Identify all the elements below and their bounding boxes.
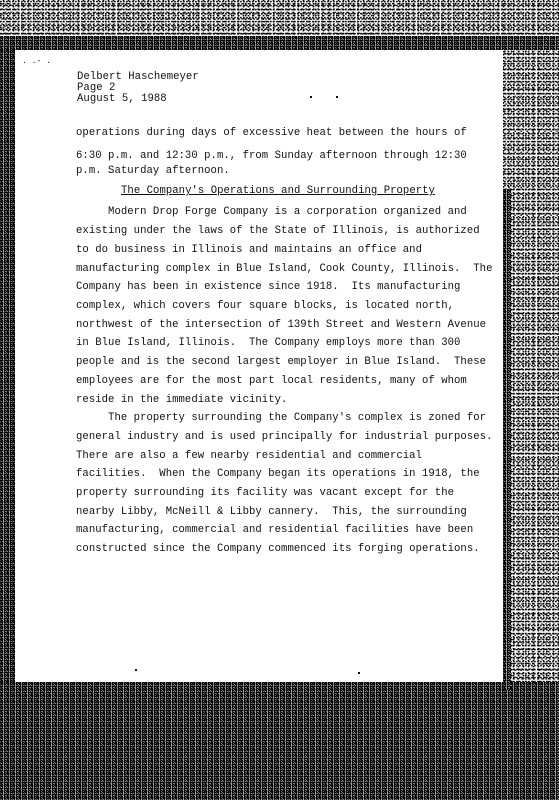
paragraph-line: facilities. When the Company began its o… (76, 468, 480, 480)
paragraph-line: northwest of the intersection of 139th S… (76, 319, 486, 331)
paragraph-line: in Blue Island, Illinois. The Company em… (76, 337, 460, 349)
body-line: 6:30 p.m. and 12:30 p.m., from Sunday af… (76, 150, 467, 162)
scan-bottom-noise (0, 682, 559, 800)
scan-left-noise (0, 50, 15, 682)
body-line: p.m. Saturday afternoon. (76, 165, 230, 177)
stray-mark (135, 669, 137, 671)
paragraph-line: complex, which covers four square blocks… (76, 300, 454, 312)
scan-top-dark-band (0, 36, 559, 50)
body-line: operations during days of excessive heat… (76, 127, 467, 139)
letter-date: August 5, 1988 (77, 93, 167, 105)
paragraph-line: reside in the immediate vicinity. (76, 394, 287, 406)
paragraph-line: to do business in Illinois and maintains… (76, 244, 422, 256)
stray-mark (358, 672, 360, 674)
paragraph-line: general industry and is used principally… (76, 431, 492, 443)
paragraph-line: manufacturing, commercial and residentia… (76, 524, 473, 536)
header-marks: . .- . (22, 56, 51, 68)
paragraph-line: There are also a few nearby residential … (76, 450, 422, 462)
paragraph-line: existing under the laws of the State of … (76, 225, 480, 237)
stray-mark (310, 96, 312, 98)
paragraph-line: Modern Drop Forge Company is a corporati… (76, 206, 467, 218)
paragraph-line: people and is the second largest employe… (76, 356, 486, 368)
paragraph-line: employees are for the most part local re… (76, 375, 467, 387)
stray-mark (336, 96, 338, 98)
scan-right-dark-edge (503, 190, 511, 690)
paragraph-line: property surrounding its facility was va… (76, 487, 454, 499)
page-edge (500, 50, 503, 682)
paragraph-line: The property surrounding the Company's c… (76, 412, 486, 424)
paragraph-line: Company has been in existence since 1918… (76, 281, 460, 293)
paragraph-line: nearby Libby, McNeill & Libby cannery. T… (76, 506, 467, 518)
paragraph-line: constructed since the Company commenced … (76, 543, 480, 555)
paragraph-line: manufacturing complex in Blue Island, Co… (76, 263, 492, 275)
section-heading: The Company's Operations and Surrounding… (121, 185, 435, 197)
